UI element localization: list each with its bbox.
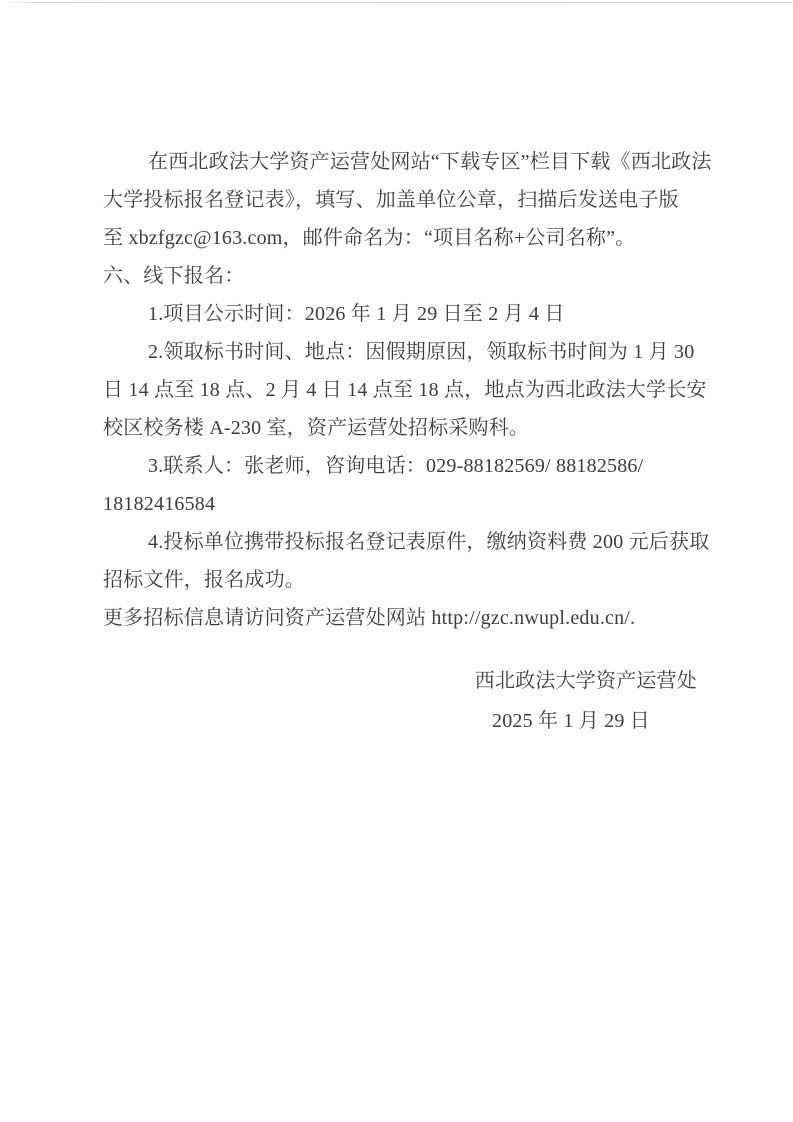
signature-organization: 西北政法大学资产运营处 <box>103 662 793 700</box>
body-line: 在西北政法大学资产运营处网站“下载专区”栏目下载《西北政法 <box>103 143 695 181</box>
scan-edge-artifact <box>4 2 793 3</box>
body-line-item-1: 1.项目公示时间：2026 年 1 月 29 日至 2 月 4 日 <box>103 295 695 333</box>
body-line-item-3: 3.联系人：张老师，咨询电话：029-88182569/ 88182586/ <box>103 447 695 485</box>
document-body: 在西北政法大学资产运营处网站“下载专区”栏目下载《西北政法 大学投标报名登记表》… <box>103 143 695 637</box>
body-line-item-4: 4.投标单位携带投标报名登记表原件，缴纳资料费 200 元后获取 <box>103 523 695 561</box>
body-line-phone: 18182416584 <box>103 485 695 523</box>
body-line-website: 更多招标信息请访问资产运营处网站 http://gzc.nwupl.edu.cn… <box>103 599 695 637</box>
section-heading-offline-signup: 六、线下报名： <box>103 257 695 295</box>
body-line: 大学投标报名登记表》，填写、加盖单位公章，扫描后发送电子版 <box>103 181 695 219</box>
body-line: 招标文件，报名成功。 <box>103 561 695 599</box>
body-line-item-2: 2.领取标书时间、地点：因假期原因，领取标书时间为 1 月 30 <box>103 333 695 371</box>
body-line: 校区校务楼 A-230 室，资产运营处招标采购科。 <box>103 409 695 447</box>
body-line-email: 至 xbzfgzc@163.com，邮件命名为：“项目名称+公司名称”。 <box>103 219 695 257</box>
document-page: 在西北政法大学资产运营处网站“下载专区”栏目下载《西北政法 大学投标报名登记表》… <box>0 0 793 1122</box>
signature-block: 西北政法大学资产运营处 2025 年 1 月 29 日 <box>103 662 793 740</box>
signature-date: 2025 年 1 月 29 日 <box>103 702 793 740</box>
body-line: 日 14 点至 18 点、2 月 4 日 14 点至 18 点，地点为西北政法大… <box>103 371 695 409</box>
